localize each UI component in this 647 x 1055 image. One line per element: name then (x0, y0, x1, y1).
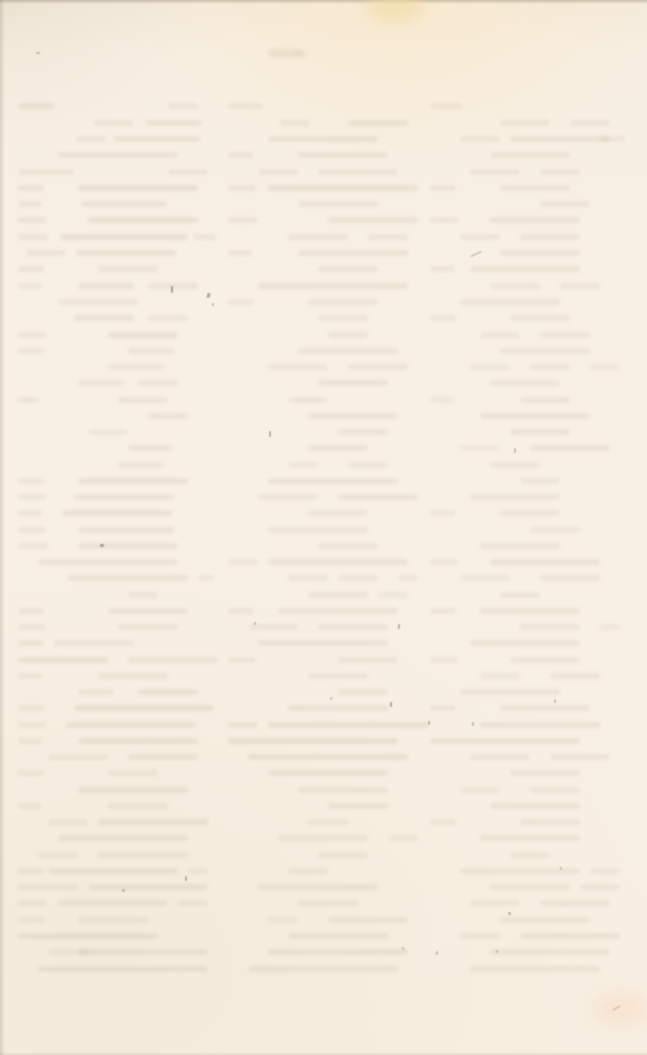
showthrough-line-segment (328, 917, 408, 923)
showthrough-line-segment (98, 819, 208, 825)
showthrough-line-segment (248, 966, 398, 972)
showthrough-line-segment (18, 917, 44, 923)
showthrough-line-segment (530, 445, 610, 451)
showthrough-line-segment (460, 445, 500, 451)
showthrough-line-segment (18, 933, 158, 939)
showthrough-line-segment (280, 120, 310, 126)
showthrough-line-segment (78, 917, 148, 923)
showthrough-line-segment (76, 136, 106, 142)
showthrough-line-segment (540, 169, 580, 175)
showthrough-line-segment (78, 543, 178, 549)
showthrough-line-segment (298, 250, 408, 256)
showthrough-line-segment (308, 299, 378, 305)
showthrough-line-segment (18, 234, 48, 240)
showthrough-line-segment (118, 397, 168, 403)
showthrough-line-segment (338, 429, 388, 435)
showthrough-line-segment (460, 933, 500, 939)
ink-speck (36, 52, 40, 54)
showthrough-line-segment (18, 608, 44, 614)
showthrough-line-segment (38, 966, 208, 972)
showthrough-line-segment (228, 722, 258, 728)
showthrough-line-segment (308, 819, 348, 825)
showthrough-line-segment (88, 217, 198, 223)
showthrough-line-segment (590, 868, 620, 874)
showthrough-line-segment (348, 462, 388, 468)
showthrough-line-segment (18, 103, 54, 109)
showthrough-line-segment (74, 705, 214, 711)
showthrough-line-segment (18, 900, 46, 906)
showthrough-line-segment (128, 445, 172, 451)
showthrough-line-segment (128, 754, 198, 760)
showthrough-line-segment (318, 624, 388, 630)
ink-speck (436, 951, 438, 955)
showthrough-line-segment (430, 657, 458, 663)
showthrough-line-segment (18, 348, 44, 354)
showthrough-line-segment (248, 754, 408, 760)
showthrough-line-segment (348, 120, 408, 126)
showthrough-line-segment (268, 478, 398, 484)
showthrough-line-segment (430, 608, 456, 614)
showthrough-line-segment (188, 868, 208, 874)
showthrough-line-segment (18, 332, 46, 338)
showthrough-line-segment (228, 608, 254, 614)
showthrough-line-segment (430, 738, 580, 744)
showthrough-line-segment (520, 478, 560, 484)
showthrough-line-segment (430, 559, 458, 565)
showthrough-line-segment (430, 510, 456, 516)
showthrough-line-segment (338, 657, 398, 663)
showthrough-line-segment (128, 592, 158, 598)
showthrough-line-segment (268, 722, 428, 728)
showthrough-line-segment (108, 770, 158, 776)
showthrough-line-segment (480, 332, 520, 338)
showthrough-line-segment (18, 494, 46, 500)
showthrough-line-segment (278, 835, 368, 841)
showthrough-line-segment (118, 624, 178, 630)
showthrough-line-segment (470, 494, 560, 500)
showthrough-line-segment (500, 917, 590, 923)
showthrough-line-segment (318, 852, 368, 858)
showthrough-line-segment (510, 136, 610, 142)
showthrough-line-segment (228, 559, 258, 565)
showthrough-line-segment (338, 575, 378, 581)
page-edge-left-shadow (0, 0, 5, 1055)
showthrough-line-segment (48, 868, 178, 874)
ink-speck (428, 721, 430, 725)
showthrough-line-segment (18, 657, 108, 663)
showthrough-line-segment (198, 575, 214, 581)
showthrough-line-segment (268, 917, 298, 923)
showthrough-line-segment (480, 835, 580, 841)
ink-speck (122, 889, 125, 892)
showthrough-line-segment (460, 299, 560, 305)
showthrough-line-segment (490, 803, 580, 809)
showthrough-line-segment (48, 819, 88, 825)
showthrough-line-segment (18, 266, 44, 272)
showthrough-line-segment (268, 770, 388, 776)
showthrough-line-segment (430, 103, 462, 109)
showthrough-line-segment (78, 949, 208, 955)
showthrough-line-segment (258, 640, 388, 646)
showthrough-line-segment (94, 120, 134, 126)
showthrough-line-segment (108, 608, 188, 614)
showthrough-line-segment (308, 413, 398, 419)
ink-speck (470, 251, 482, 258)
showthrough-line-segment (58, 900, 168, 906)
showthrough-line-segment (82, 201, 166, 207)
showthrough-line-segment (228, 185, 256, 191)
showthrough-line-segment (62, 510, 172, 516)
showthrough-line-segment (18, 884, 78, 890)
showthrough-line-segment (318, 266, 378, 272)
showthrough-line-segment (278, 608, 398, 614)
showthrough-line-segment (18, 543, 48, 549)
showthrough-line-segment (520, 234, 580, 240)
showthrough-line-segment (298, 348, 398, 354)
showthrough-line-segment (328, 217, 418, 223)
showthrough-line-segment (490, 462, 540, 468)
showthrough-line-segment (228, 738, 398, 744)
showthrough-line-segment (18, 510, 42, 516)
showthrough-line-segment (480, 722, 600, 728)
showthrough-line-segment (108, 803, 168, 809)
showthrough-line-segment (338, 689, 388, 695)
showthrough-line-segment (268, 949, 408, 955)
showthrough-line-segment (18, 527, 46, 533)
showthrough-line-segment (500, 348, 590, 354)
showthrough-line-segment (530, 527, 580, 533)
ink-speck (269, 431, 271, 437)
showthrough-line-segment (590, 364, 620, 370)
showthrough-line-segment (288, 462, 318, 468)
showthrough-line-segment (58, 299, 138, 305)
showthrough-line-segment (268, 185, 418, 191)
showthrough-line-segment (138, 689, 198, 695)
ink-speck (185, 876, 187, 881)
showthrough-line-segment (78, 478, 188, 484)
showthrough-line-segment (318, 543, 378, 549)
showthrough-line-segment (490, 380, 560, 386)
showthrough-line-segment (108, 332, 178, 338)
showthrough-line-segment (500, 510, 560, 516)
showthrough-line-segment (530, 787, 580, 793)
ink-speck (402, 947, 404, 950)
showthrough-line-segment (128, 657, 218, 663)
showthrough-line-segment (540, 332, 590, 338)
showthrough-line-segment (540, 201, 590, 207)
showthrough-line-segment (490, 283, 540, 289)
showthrough-line-segment (268, 364, 328, 370)
showthrough-line-segment (66, 722, 196, 728)
showthrough-line-segment (460, 787, 500, 793)
ink-speck (554, 699, 556, 703)
showthrough-line-segment (510, 852, 550, 858)
ink-speck (472, 722, 475, 726)
showthrough-line-segment (88, 429, 128, 435)
showthrough-line-segment (490, 217, 580, 223)
showthrough-line-segment (18, 478, 44, 484)
showthrough-line-segment (470, 364, 510, 370)
showthrough-line-segment (78, 689, 114, 695)
corner-discoloration (592, 992, 647, 1026)
showthrough-line-segment (128, 348, 174, 354)
showthrough-line-segment (178, 900, 208, 906)
showthrough-line-segment (58, 835, 188, 841)
showthrough-line-segment (308, 673, 368, 679)
yellow-stain (367, 0, 423, 22)
showthrough-line-segment (500, 120, 550, 126)
showthrough-line-segment (288, 397, 328, 403)
showthrough-line-segment (500, 185, 570, 191)
showthrough-line-segment (18, 397, 40, 403)
showthrough-line-segment (308, 445, 368, 451)
showthrough-line-segment (258, 283, 408, 289)
showthrough-line-segment (430, 819, 456, 825)
showthrough-line-segment (248, 624, 298, 630)
showthrough-line-segment (168, 103, 198, 109)
showthrough-line-segment (298, 787, 388, 793)
showthrough-line-segment (146, 120, 202, 126)
showthrough-line-segment (26, 250, 66, 256)
showthrough-line-segment (460, 575, 510, 581)
showthrough-line-segment (490, 152, 570, 158)
showthrough-line-segment (18, 803, 42, 809)
showthrough-line-segment (550, 754, 610, 760)
showthrough-line-segment (68, 575, 188, 581)
showthrough-line-segment (470, 900, 520, 906)
showthrough-line-segment (520, 819, 580, 825)
showthrough-line-segment (470, 169, 520, 175)
showthrough-line-segment (58, 152, 178, 158)
showthrough-line-segment (338, 494, 418, 500)
showthrough-line-segment (520, 624, 580, 630)
showthrough-line-segment (328, 803, 388, 809)
showthrough-line-segment (378, 592, 408, 598)
showthrough-line-segment (268, 527, 368, 533)
showthrough-line-segment (48, 754, 108, 760)
showthrough-line-segment (148, 315, 188, 321)
showthrough-line-segment (268, 136, 378, 142)
showthrough-line-segment (288, 234, 348, 240)
showthrough-line-segment (388, 835, 418, 841)
showthrough-line-segment (228, 250, 252, 256)
showthrough-line-segment (148, 283, 198, 289)
ink-speck (212, 303, 214, 306)
showthrough-line-segment (98, 852, 188, 858)
showthrough-line-segment (318, 380, 388, 386)
showthrough-line-segment (18, 169, 74, 175)
showthrough-line-segment (580, 884, 620, 890)
showthrough-line-segment (298, 152, 388, 158)
showthrough-line-segment (114, 136, 200, 142)
showthrough-line-segment (480, 543, 560, 549)
showthrough-line-segment (540, 575, 600, 581)
showthrough-line-segment (118, 462, 164, 468)
showthrough-line-segment (500, 592, 540, 598)
showthrough-line-segment (54, 640, 134, 646)
showthrough-line-segment (18, 283, 42, 289)
showthrough-line-segment (520, 397, 570, 403)
showthrough-line-segment (18, 640, 44, 646)
showthrough-line-segment (148, 413, 188, 419)
showthrough-line-segment (288, 705, 388, 711)
showthrough-line-segment (328, 332, 368, 338)
showthrough-line-segment (430, 315, 456, 321)
showthrough-line-segment (368, 234, 408, 240)
showthrough-line-segment (258, 494, 318, 500)
showthrough-line-segment (18, 738, 42, 744)
showthrough-line-segment (288, 575, 328, 581)
showthrough-line-segment (460, 868, 580, 874)
showthrough-line-segment (318, 169, 398, 175)
showthrough-line-segment (470, 754, 530, 760)
showthrough-line-segment (510, 315, 570, 321)
scanned-page (0, 0, 647, 1055)
showthrough-line-segment (480, 673, 520, 679)
showthrough-line-segment (78, 185, 198, 191)
showthrough-line-segment (540, 900, 610, 906)
showthrough-line-segment (480, 608, 580, 614)
showthrough-line-segment (430, 217, 458, 223)
ink-speck (100, 544, 104, 547)
showthrough-line-segment (98, 266, 158, 272)
showthrough-line-segment (78, 283, 134, 289)
showthrough-line-segment (298, 900, 358, 906)
showthrough-line-segment (570, 120, 610, 126)
ink-speck (254, 622, 256, 625)
showthrough-line-segment (88, 884, 208, 890)
showthrough-line-segment (78, 380, 124, 386)
ink-speck (508, 912, 511, 915)
showthrough-line-segment (38, 852, 78, 858)
showthrough-line-segment (268, 559, 408, 565)
ink-speck (560, 867, 562, 870)
ink-speck (496, 950, 498, 953)
showthrough-line-segment (74, 494, 174, 500)
showthrough-line-segment (138, 380, 178, 386)
showthrough-line-segment (530, 364, 570, 370)
showthrough-line-segment (560, 283, 600, 289)
showthrough-line-segment (500, 705, 590, 711)
showthrough-line-segment (430, 705, 456, 711)
showthrough-line-segment (490, 559, 600, 565)
showthrough-line-segment (18, 673, 42, 679)
showthrough-line-segment (550, 673, 600, 679)
showthrough-line-segment (228, 103, 262, 109)
showthrough-line-segment (490, 884, 570, 890)
showthrough-line-segment (18, 722, 46, 728)
page-edge-top-shadow (0, 0, 647, 4)
showthrough-line-segment (228, 299, 254, 305)
showthrough-line-segment (78, 738, 198, 744)
ink-speck (398, 624, 400, 629)
showthrough-line-segment (470, 640, 580, 646)
showthrough-line-segment (228, 657, 256, 663)
showthrough-line-segment (98, 673, 168, 679)
ink-speck (390, 702, 392, 707)
showthrough-line-segment (520, 933, 620, 939)
showthrough-line-segment (18, 217, 46, 223)
showthrough-line-segment (308, 510, 368, 516)
showthrough-line-segment (510, 429, 570, 435)
showthrough-line-segment (510, 770, 580, 776)
showthrough-line-segment (18, 201, 42, 207)
showthrough-line-segment (600, 624, 620, 630)
showthrough-line-segment (18, 624, 46, 630)
showthrough-line-segment (228, 217, 258, 223)
showthrough-line-segment (108, 364, 164, 370)
showthrough-line-segment (460, 234, 500, 240)
showthrough-line-segment (600, 136, 626, 142)
showthrough-line-segment (430, 397, 454, 403)
showthrough-line-segment (470, 266, 580, 272)
showthrough-line-segment (500, 250, 580, 256)
showthrough-line-segment (228, 152, 254, 158)
showthrough-line-segment (460, 136, 500, 142)
showthrough-line-segment (298, 201, 378, 207)
showthrough-line-segment (430, 185, 456, 191)
showthrough-line-segment (460, 689, 560, 695)
showthrough-line-segment (510, 657, 580, 663)
showthrough-line-segment (490, 949, 610, 955)
showthrough-line-segment (76, 250, 176, 256)
showthrough-line-segment (258, 169, 298, 175)
showthrough-line-segment (318, 315, 368, 321)
showthrough-line-segment (308, 592, 368, 598)
showthrough-line-segment (78, 527, 174, 533)
showthrough-line-segment (18, 705, 44, 711)
ink-speck (514, 448, 516, 453)
showthrough-line-segment (194, 234, 216, 240)
showthrough-line-segment (258, 884, 378, 890)
showthrough-line-segment (288, 868, 328, 874)
showthrough-line-segment (74, 315, 134, 321)
showthrough-line-segment (60, 234, 188, 240)
showthrough-line-segment (398, 575, 418, 581)
showthrough-line-segment (18, 185, 44, 191)
showthrough-line-segment (38, 559, 178, 565)
ink-speck (330, 697, 332, 700)
showthrough-line-segment (288, 933, 388, 939)
ink-speck (206, 293, 211, 299)
showthrough-line-segment (168, 169, 208, 175)
page-number-smudge (296, 51, 308, 57)
showthrough-line-segment (78, 787, 188, 793)
showthrough-line-segment (430, 266, 454, 272)
showthrough-line-segment (480, 413, 590, 419)
showthrough-line-segment (470, 966, 600, 972)
showthrough-line-segment (348, 364, 408, 370)
showthrough-line-segment (18, 770, 44, 776)
ink-speck (171, 286, 173, 293)
showthrough-line-segment (18, 868, 44, 874)
